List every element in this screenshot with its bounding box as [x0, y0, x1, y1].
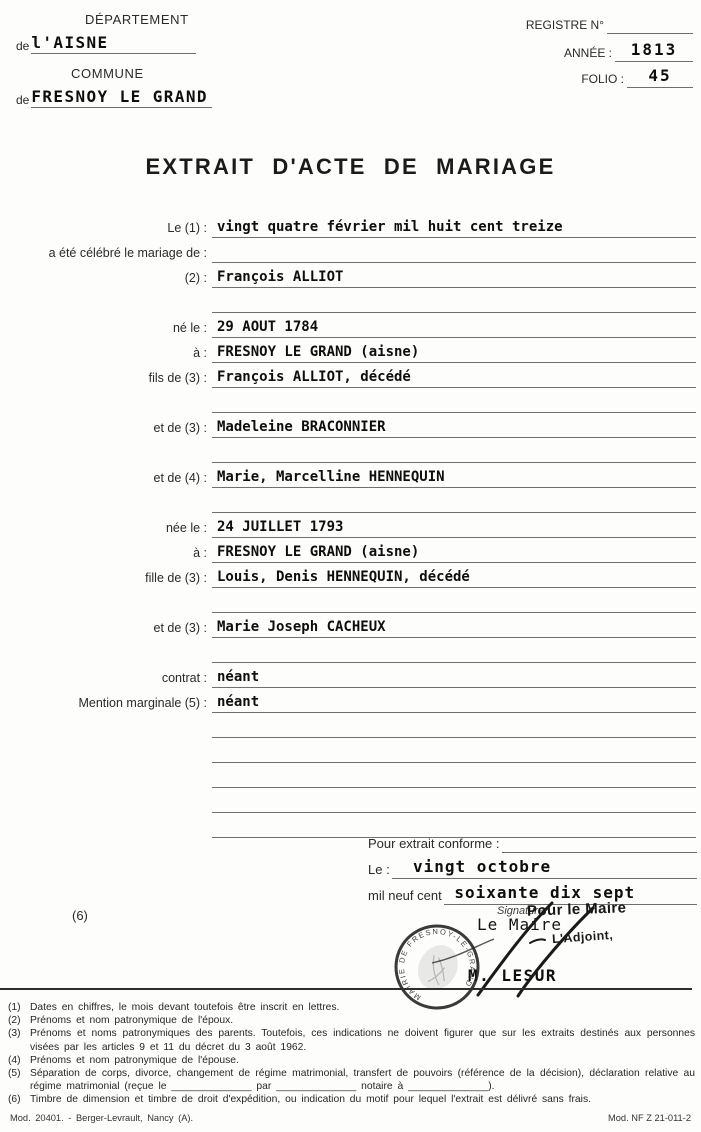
de-prefix: de — [16, 38, 31, 54]
field-value — [212, 443, 696, 463]
field-value: 29 AOUT 1784 — [212, 318, 696, 338]
form-model-reference: Mod. 20401. - Berger-Levrault, Nancy (A)… — [10, 1113, 193, 1123]
footnote-item: (6) Timbre de dimension et timbre de dro… — [8, 1093, 695, 1106]
field-label: et de (3) : — [6, 619, 212, 638]
footnotes-list: (1) Dates en chiffres, le mois devant to… — [8, 1001, 695, 1107]
field-label: fille de (3) : — [6, 569, 212, 588]
annee-value: 1813 — [615, 40, 693, 62]
form-row: Le (1) : vingt quatre février mil huit c… — [6, 213, 696, 238]
field-label: et de (4) : — [6, 469, 212, 488]
footnote-item: (4) Prénoms et nom patronymique de l'épo… — [8, 1054, 695, 1067]
field-label: Mention marginale (5) : — [6, 694, 212, 713]
form-row — [6, 763, 696, 788]
field-value — [212, 743, 696, 763]
footnote-item: (2) Prénoms et nom patronymique de l'épo… — [8, 1014, 695, 1027]
form-row: à : FRESNOY LE GRAND (aisne) — [6, 538, 696, 563]
field-value: Louis, Denis HENNEQUIN, décédé — [212, 568, 696, 588]
field-label: contrat : — [6, 669, 212, 688]
field-value: Madeleine BRACONNIER — [212, 418, 696, 438]
footnote-marker: (6) — [8, 1093, 30, 1106]
document-page: DÉPARTEMENT de l'AISNE COMMUNE de FRESNO… — [0, 0, 701, 1132]
form-row — [6, 388, 696, 413]
form-row: et de (3) : Marie Joseph CACHEUX — [6, 613, 696, 638]
footnote-marker: (4) — [8, 1054, 30, 1067]
conformity-block: Pour extrait conforme : Le : vingt octob… — [348, 827, 697, 905]
field-value — [212, 293, 696, 313]
annee-field: ANNÉE : 1813 — [505, 36, 693, 62]
field-label: et de (3) : — [6, 419, 212, 438]
form-row: (2) : François ALLIOT — [6, 263, 696, 288]
form-row: a été célébré le mariage de : — [6, 238, 696, 263]
field-value: FRESNOY LE GRAND (aisne) — [212, 343, 696, 363]
form-row: fils de (3) : François ALLIOT, décédé — [6, 363, 696, 388]
field-label: né le : — [6, 319, 212, 338]
departement-field: de l'AISNE — [16, 32, 196, 54]
footnote-item: (5) Séparation de corps, divorce, change… — [8, 1067, 695, 1093]
field-value — [212, 243, 696, 263]
registre-value — [607, 12, 693, 34]
field-label: a été célébré le mariage de : — [6, 244, 212, 263]
footnote-item: (1) Dates en chiffres, le mois devant to… — [8, 1001, 695, 1014]
field-value: Marie Joseph CACHEUX — [212, 618, 696, 638]
footnote-text: Dates en chiffres, le mois devant toutef… — [30, 1001, 695, 1014]
footnote-text: Prénoms et noms patronymiques des parent… — [30, 1027, 695, 1053]
form-row: fille de (3) : Louis, Denis HENNEQUIN, d… — [6, 563, 696, 588]
field-value: vingt quatre février mil huit cent treiz… — [212, 218, 696, 238]
field-label: à : — [6, 344, 212, 363]
field-label: Le (1) : — [6, 219, 212, 238]
form-row: Mention marginale (5) : néant — [6, 688, 696, 713]
form-norm-reference: Mod. NF Z 21-011-2 — [608, 1113, 691, 1123]
field-value — [212, 593, 696, 613]
commune-label: COMMUNE — [71, 66, 144, 81]
folio-label: FOLIO : — [581, 70, 627, 88]
annee-label: ANNÉE : — [564, 44, 615, 62]
folio-value: 45 — [627, 66, 693, 88]
folio-field: FOLIO : 45 — [505, 62, 693, 88]
footnote-marker: (3) — [8, 1027, 30, 1053]
form-row — [6, 788, 696, 813]
field-value: François ALLIOT — [212, 268, 696, 288]
field-value — [212, 393, 696, 413]
form-row: et de (3) : Madeleine BRACONNIER — [6, 413, 696, 438]
footnote-6-marker: (6) — [72, 908, 88, 923]
field-value: Marie, Marcelline HENNEQUIN — [212, 468, 696, 488]
form-row: né le : 29 AOUT 1784 — [6, 313, 696, 338]
form-row — [6, 488, 696, 513]
commune-value: FRESNOY LE GRAND — [31, 86, 212, 108]
form-row: à : FRESNOY LE GRAND (aisne) — [6, 338, 696, 363]
registre-label: REGISTRE N° — [526, 16, 607, 34]
form-row — [6, 738, 696, 763]
footnote-text: Timbre de dimension et timbre de droit d… — [30, 1093, 695, 1106]
field-value: néant — [212, 668, 696, 688]
field-value: 24 JUILLET 1793 — [212, 518, 696, 538]
field-value: néant — [212, 693, 696, 713]
field-value — [212, 793, 696, 813]
form-row: et de (4) : Marie, Marcelline HENNEQUIN — [6, 463, 696, 488]
footnotes-divider — [0, 988, 692, 990]
pour-extrait-row: Pour extrait conforme : — [348, 827, 697, 853]
field-value: FRESNOY LE GRAND (aisne) — [212, 543, 696, 563]
form-row: née le : 24 JUILLET 1793 — [6, 513, 696, 538]
footnote-text: Prénoms et nom patronymique de l'époux. — [30, 1014, 695, 1027]
footnote-item: (3) Prénoms et noms patronymiques des pa… — [8, 1027, 695, 1053]
footnote-marker: (1) — [8, 1001, 30, 1014]
field-label: née le : — [6, 519, 212, 538]
field-value — [212, 718, 696, 738]
pour-extrait-value — [502, 831, 698, 853]
field-value — [212, 493, 696, 513]
le-label: Le : — [348, 860, 392, 879]
form-row — [6, 288, 696, 313]
departement-label: DÉPARTEMENT — [85, 12, 189, 27]
footnote-marker: (5) — [8, 1067, 30, 1093]
field-label: à : — [6, 544, 212, 563]
form-row: contrat : néant — [6, 663, 696, 688]
field-label: fils de (3) : — [6, 369, 212, 388]
page-title: EXTRAIT D'ACTE DE MARIAGE — [0, 154, 701, 180]
pour-extrait-label: Pour extrait conforme : — [348, 834, 502, 853]
registre-field: REGISTRE N° — [505, 8, 693, 34]
le-value: vingt octobre — [392, 857, 697, 879]
form-row — [6, 438, 696, 463]
footnote-marker: (2) — [8, 1014, 30, 1027]
commune-field: de FRESNOY LE GRAND — [16, 86, 212, 108]
form-row — [6, 713, 696, 738]
de-prefix: de — [16, 92, 31, 108]
footnote-text: Séparation de corps, divorce, changement… — [30, 1067, 695, 1093]
field-value — [212, 643, 696, 663]
form-row — [6, 588, 696, 613]
handwritten-signature — [430, 895, 630, 1000]
field-label: (2) : — [6, 269, 212, 288]
field-value: François ALLIOT, décédé — [212, 368, 696, 388]
footnote-text: Prénoms et nom patronymique de l'épouse. — [30, 1054, 695, 1067]
field-value — [212, 768, 696, 788]
form-body: Le (1) : vingt quatre février mil huit c… — [6, 213, 696, 838]
date-row: Le : vingt octobre — [348, 853, 697, 879]
form-row — [6, 638, 696, 663]
departement-value: l'AISNE — [31, 32, 196, 54]
